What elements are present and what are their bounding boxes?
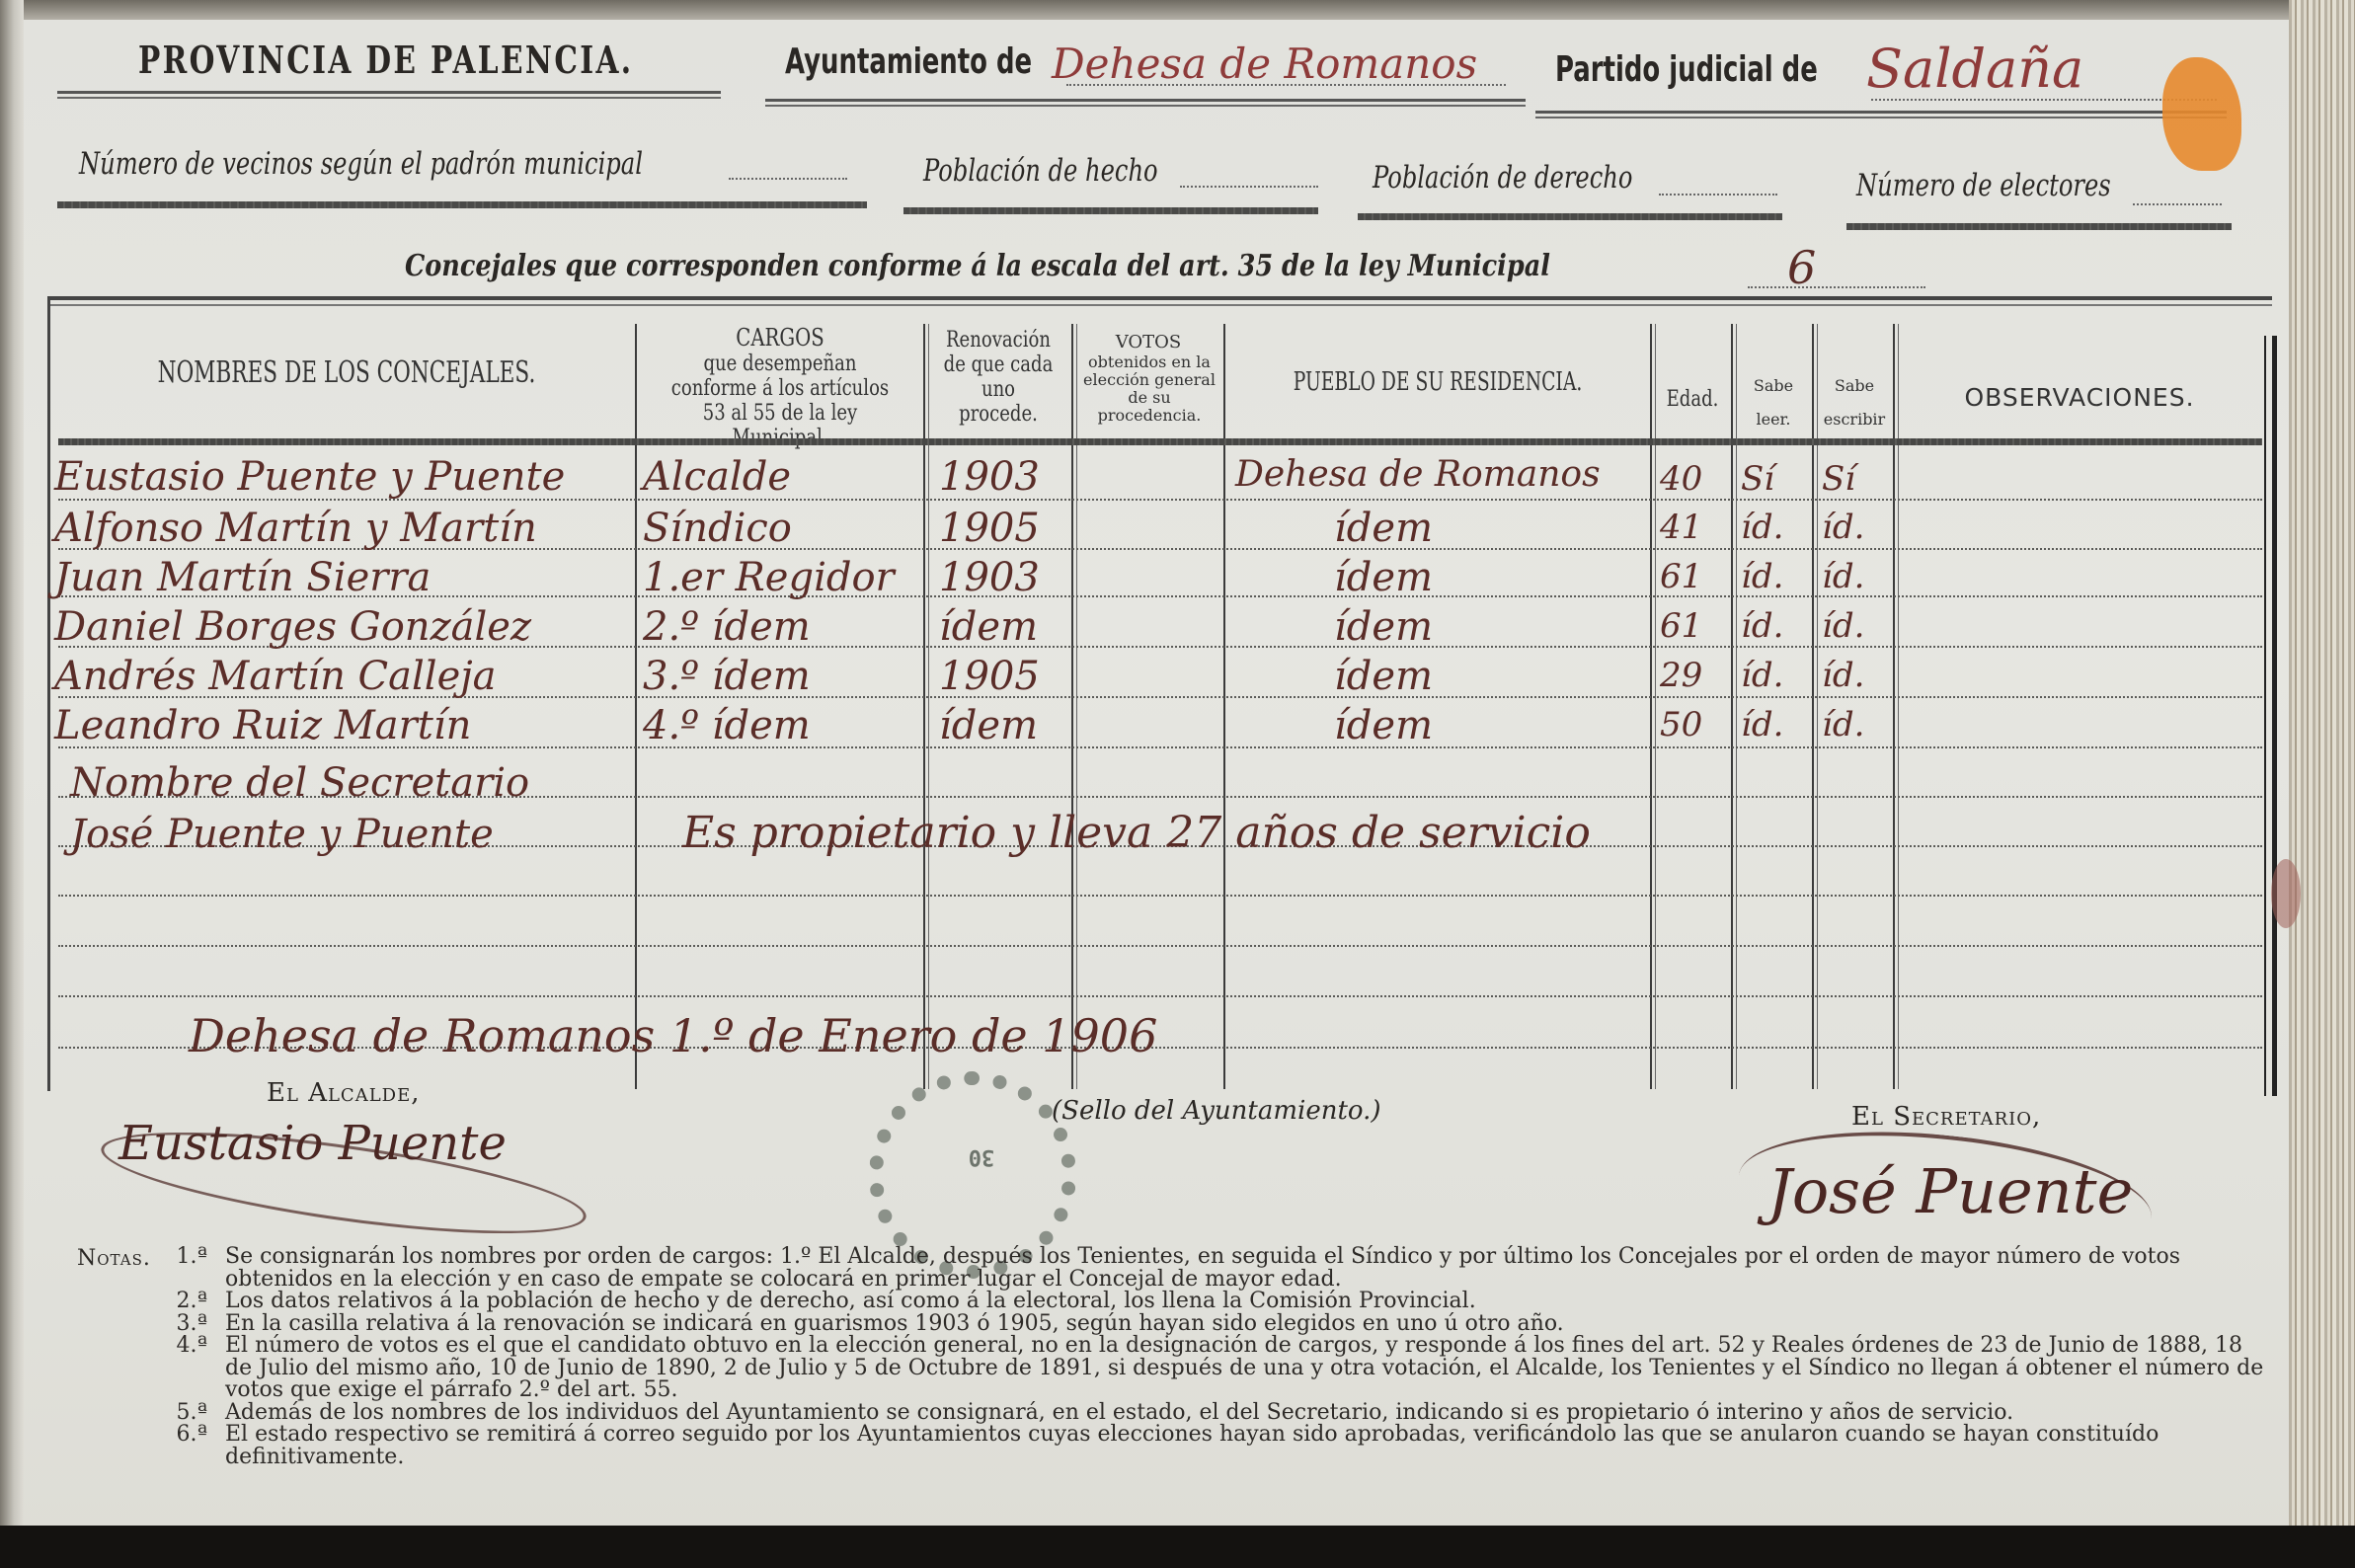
header-cargos-sub: que desempeñan conforme á los artículos …: [665, 352, 897, 450]
row-1-renovacion[interactable]: 1903: [939, 454, 1040, 500]
row-5-cargo[interactable]: 3.º ídem: [643, 654, 811, 699]
header-renovacion: Renovación de que cada uno procede.: [940, 328, 1057, 427]
row-5-edad[interactable]: 29: [1660, 656, 1702, 695]
note-text: Además de los nombres de los individuos …: [225, 1402, 2271, 1425]
secretary-status[interactable]: Es propietario y lleva 27 años de servic…: [682, 808, 1591, 858]
note-item: 4.ª El número de votos es el que el cand…: [148, 1335, 2271, 1402]
concejales-dotted-field: [1748, 286, 1925, 288]
vecinos-label: Número de vecinos según el padrón munici…: [79, 146, 643, 182]
row-line: [58, 995, 2262, 997]
poblacion-derecho-label: Población de derecho: [1373, 160, 1632, 196]
divider: [1846, 223, 2232, 230]
electores-field[interactable]: [2133, 203, 2222, 205]
row-line: [58, 895, 2262, 897]
row-5-escribir[interactable]: íd.: [1822, 656, 1864, 695]
secretary-name[interactable]: José Puente y Puente: [70, 812, 494, 857]
row-6-cargo[interactable]: 4.º ídem: [643, 703, 811, 748]
province-title: PROVINCIA DE PALENCIA.: [138, 38, 633, 82]
row-6-edad[interactable]: 50: [1660, 705, 1702, 745]
ayuntamiento-dotted-field: [1066, 84, 1506, 86]
row-4-leer[interactable]: íd.: [1741, 606, 1783, 646]
row-3-edad[interactable]: 61: [1660, 557, 1702, 596]
note-item: 6.ª El estado respectivo se remitirá á c…: [148, 1424, 2271, 1468]
row-1-edad[interactable]: 40: [1660, 459, 1702, 499]
row-4-renovacion[interactable]: ídem: [939, 604, 1038, 650]
row-2-cargo[interactable]: Síndico: [643, 506, 792, 551]
note-item: 1.ª Se consignarán los nombres por orden…: [148, 1246, 2271, 1291]
note-text: En la casilla relativa á la renovación s…: [225, 1313, 2271, 1336]
row-4-edad[interactable]: 61: [1660, 606, 1702, 646]
seal-text: 30: [922, 1144, 1041, 1169]
book-page-edges-right: [2289, 0, 2355, 1568]
row-2-nombre[interactable]: Alfonso Martín y Martín: [54, 506, 537, 551]
poblacion-hecho-label: Población de hecho: [923, 153, 1158, 189]
row-1-leer[interactable]: Sí: [1741, 459, 1774, 499]
notes-label: Notas.: [77, 1246, 151, 1271]
row-6-leer[interactable]: íd.: [1741, 705, 1783, 745]
date-line[interactable]: Dehesa de Romanos 1.º de Enero de 1906: [189, 1009, 1157, 1062]
row-2-pueblo[interactable]: ídem: [1334, 506, 1433, 551]
header-edad: Edad.: [1661, 387, 1724, 412]
row-5-renovacion[interactable]: 1905: [939, 654, 1040, 699]
row-6-pueblo[interactable]: ídem: [1334, 703, 1433, 748]
row-2-edad[interactable]: 41: [1660, 508, 1702, 547]
poblacion-derecho-field[interactable]: [1659, 194, 1777, 196]
row-2-renovacion[interactable]: 1905: [939, 506, 1040, 551]
header-sabe-escribir: Sabe escribir: [1816, 369, 1893, 436]
row-5-leer[interactable]: íd.: [1741, 656, 1783, 695]
row-2-escribir[interactable]: íd.: [1822, 508, 1864, 547]
header-rule: [58, 438, 2262, 445]
row-1-escribir[interactable]: Sí: [1822, 459, 1855, 499]
row-5-nombre[interactable]: Andrés Martín Calleja: [54, 654, 497, 699]
row-5-pueblo[interactable]: ídem: [1334, 654, 1433, 699]
row-4-escribir[interactable]: íd.: [1822, 606, 1864, 646]
header-observaciones: OBSERVACIONES.: [1897, 383, 2262, 412]
partido-label: Partido judicial de: [1555, 49, 1818, 90]
row-line: [58, 945, 2262, 947]
divider: [903, 207, 1318, 214]
sello-label: (Sello del Ayuntamiento.): [1052, 1096, 1381, 1126]
row-3-leer[interactable]: íd.: [1741, 557, 1783, 596]
table-right-border: [2264, 336, 2277, 1096]
ayuntamiento-label: Ayuntamiento de: [785, 41, 1032, 82]
book-binding-left: [0, 0, 24, 1568]
row-4-nombre[interactable]: Daniel Borges González: [54, 604, 531, 650]
ink-stain: [2271, 859, 2301, 928]
row-6-nombre[interactable]: Leandro Ruiz Martín: [54, 703, 471, 748]
divider: [57, 201, 867, 208]
note-text: Se consignarán los nombres por orden de …: [225, 1246, 2271, 1291]
book-top-edge: [0, 0, 2355, 20]
header-votos-sub: obtenidos en la elección general de su p…: [1077, 353, 1221, 425]
note-number: 1.ª: [148, 1246, 225, 1291]
note-item: 3.ª En la casilla relativa á la renovaci…: [148, 1313, 2271, 1336]
note-text: El número de votos es el que el candidat…: [225, 1335, 2271, 1402]
note-item: 2.ª Los datos relativos á la población d…: [148, 1291, 2271, 1313]
row-3-cargo[interactable]: 1.er Regidor: [643, 555, 895, 600]
row-3-renovacion[interactable]: 1903: [939, 555, 1040, 600]
note-text: El estado respectivo se remitirá á corre…: [225, 1424, 2271, 1468]
row-6-renovacion[interactable]: ídem: [939, 703, 1038, 748]
row-3-nombre[interactable]: Juan Martín Sierra: [54, 555, 431, 600]
note-number: 3.ª: [148, 1313, 225, 1336]
header-nombres: NOMBRES DE LOS CONCEJALES.: [140, 355, 553, 390]
secretary-heading[interactable]: Nombre del Secretario: [70, 760, 529, 806]
note-number: 2.ª: [148, 1291, 225, 1313]
note-number: 6.ª: [148, 1424, 225, 1468]
row-1-pueblo[interactable]: Dehesa de Romanos: [1235, 454, 1601, 495]
ayuntamiento-value[interactable]: Dehesa de Romanos: [1052, 39, 1477, 88]
row-3-escribir[interactable]: íd.: [1822, 557, 1864, 596]
row-4-pueblo[interactable]: ídem: [1334, 604, 1433, 650]
row-1-cargo[interactable]: Alcalde: [643, 454, 791, 500]
secretario-label: El Secretario,: [1851, 1102, 2041, 1132]
poblacion-hecho-field[interactable]: [1180, 186, 1318, 188]
partido-value[interactable]: Saldaña: [1866, 38, 2083, 100]
notes-list: 1.ª Se consignarán los nombres por orden…: [148, 1246, 2271, 1468]
row-6-escribir[interactable]: íd.: [1822, 705, 1864, 745]
divider: [765, 99, 1526, 107]
electores-label: Número de electores: [1856, 168, 2111, 203]
note-number: 5.ª: [148, 1402, 225, 1425]
divider: [57, 91, 721, 99]
concejales-label: Concejales que corresponden conforme á l…: [405, 249, 1550, 283]
header-pueblo: PUEBLO DE SU RESIDENCIA.: [1287, 367, 1590, 397]
header-sabe-leer: Sabe leer.: [1735, 369, 1812, 436]
alcalde-label: El Alcalde,: [267, 1078, 421, 1108]
row-4-cargo[interactable]: 2.º ídem: [643, 604, 811, 650]
divider: [1535, 111, 2227, 118]
table-top-rule: [50, 296, 2272, 306]
concejales-table: NOMBRES DE LOS CONCEJALES. CARGOS que de…: [47, 296, 2272, 1091]
header-votos-title: VOTOS: [1075, 334, 1221, 352]
vecinos-field[interactable]: [729, 178, 847, 180]
row-2-leer[interactable]: íd.: [1741, 508, 1783, 547]
divider: [1358, 213, 1782, 220]
row-1-nombre[interactable]: Eustasio Puente y Puente: [54, 454, 565, 500]
note-item: 5.ª Además de los nombres de los individ…: [148, 1402, 2271, 1425]
book-bottom-shadow: [0, 1526, 2355, 1568]
header-cargos-title: CARGOS: [665, 326, 897, 351]
note-number: 4.ª: [148, 1335, 225, 1402]
note-text: Los datos relativos á la población de he…: [225, 1291, 2271, 1313]
row-3-pueblo[interactable]: ídem: [1334, 555, 1433, 600]
